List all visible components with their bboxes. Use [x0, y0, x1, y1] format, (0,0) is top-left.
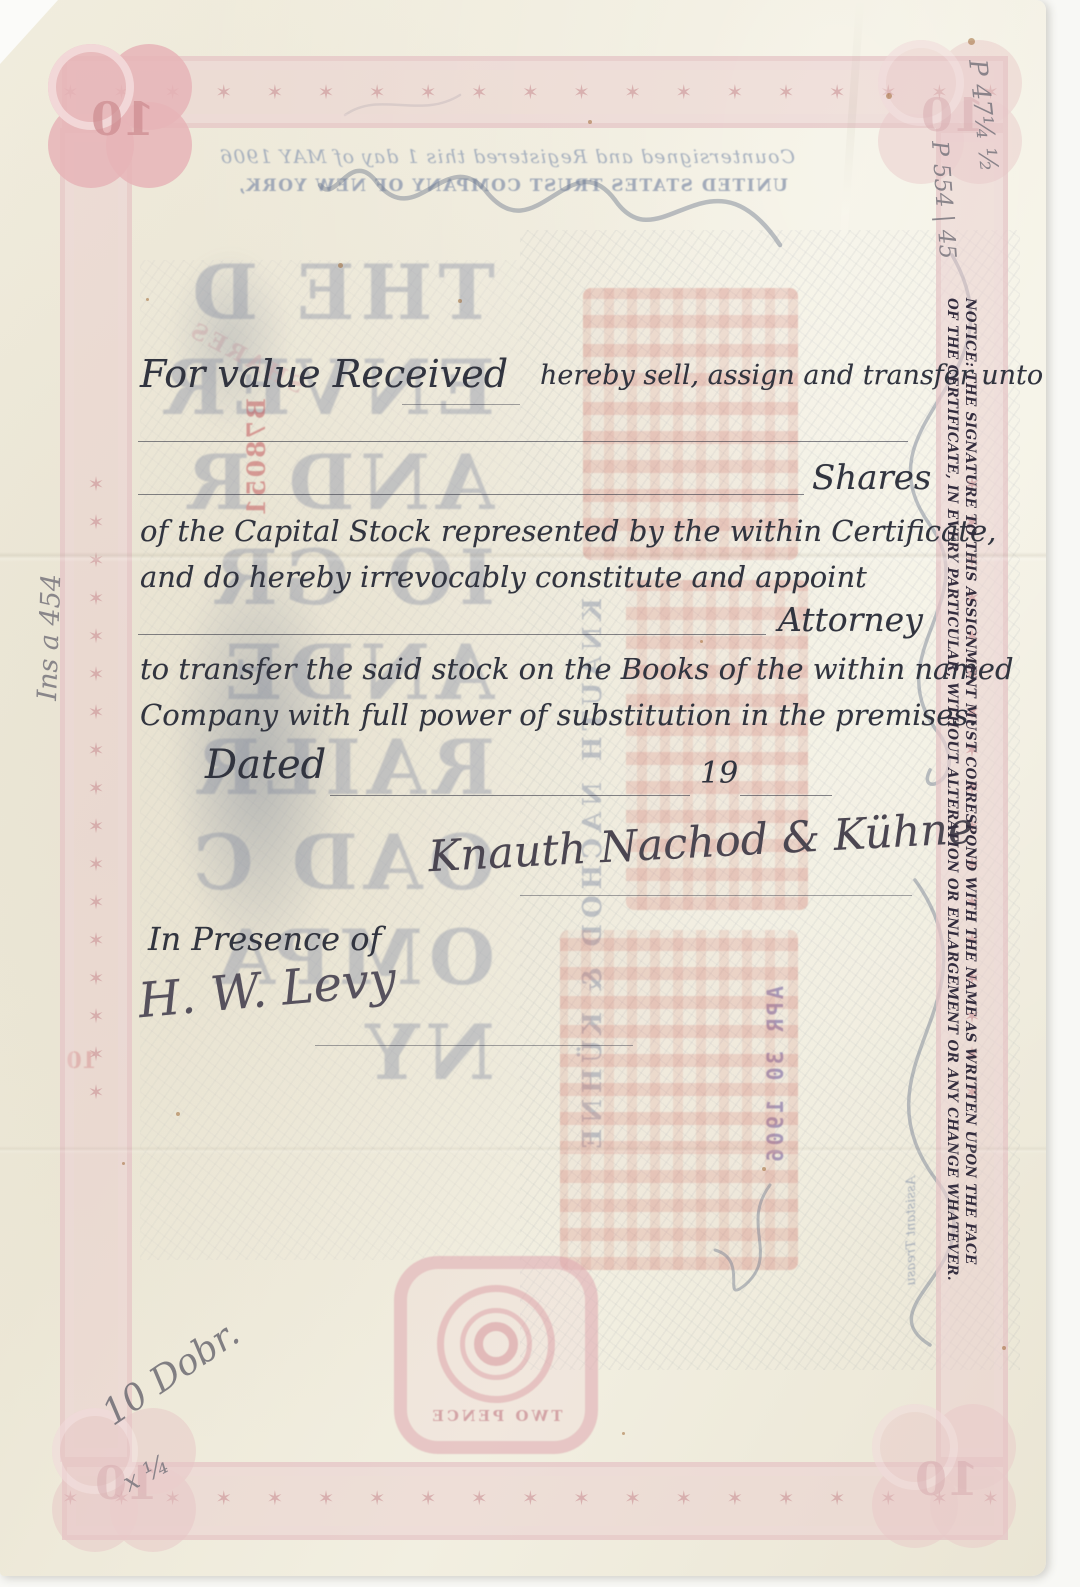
notice-line-2: OF THE CERTIFICATE, IN EVERY PARTICULAR,… [943, 298, 961, 1098]
signature-line [520, 895, 912, 896]
corner-medallion-bottom-right: 10 [872, 1404, 958, 1490]
form-premises-line: Company with full power of substitution … [140, 698, 978, 732]
form-transfer-line: to transfer the said stock on the Books … [140, 652, 1014, 686]
form-dated-label: Dated [205, 742, 326, 788]
foxing-spot [176, 1112, 180, 1116]
corner-numeral: 10 [872, 1404, 1022, 1554]
witness-line [315, 1045, 633, 1046]
foxing-spot [886, 93, 892, 99]
foxing-spot [458, 299, 462, 303]
blank-assignee-line [138, 441, 908, 442]
corner-numeral: 10 [48, 44, 198, 194]
form-capital-stock-line: of the Capital Stock represented by the … [140, 514, 996, 548]
form-attorney-label: Attorney [778, 600, 923, 639]
star-border-left: ✶✶✶✶✶✶✶✶✶✶✶✶✶✶✶✶✶ [60, 128, 132, 1462]
pencil-annotation-left: Ins a 454 [32, 573, 67, 701]
foxing-spot [1002, 1346, 1006, 1350]
corner-medallion-top-left: 10 [48, 44, 134, 130]
form-value-received: For value Received [140, 352, 508, 396]
fold-crease [0, 1146, 1046, 1154]
blank-name-line [402, 404, 520, 405]
star-border-bottom: ✶ ✶ ✶ ✶ ✶ ✶ ✶ ✶ ✶ ✶ ✶ ✶ ✶ ✶ ✶ ✶ ✶ ✶ ✶ ✶ … [62, 1462, 1008, 1540]
foxing-spot [622, 1432, 625, 1435]
blank-shares-line [138, 494, 804, 495]
foxing-spot [588, 120, 592, 124]
foxing-spot [968, 38, 975, 45]
blank-attorney-line [138, 634, 766, 635]
notice-line-1: NOTICE: THE SIGNATURE TO THIS ASSIGNMENT… [961, 298, 979, 1098]
foxing-spot [122, 1162, 125, 1165]
foxing-spot [338, 263, 343, 268]
form-shares-label: Shares [812, 458, 931, 498]
foxing-spot [146, 298, 149, 301]
dated-blank-line [330, 795, 690, 796]
foxing-spot [700, 640, 703, 643]
year-blank-line [740, 795, 832, 796]
paper-sheet [0, 0, 1046, 1576]
foxing-spot [762, 1167, 766, 1171]
corner-medallion-top-right: 10 [878, 40, 964, 126]
form-witness-label: In Presence of [148, 920, 381, 958]
certificate-back: { "page": { "corner_numeral": "10" }, "f… [0, 0, 1080, 1587]
fold-crease [0, 552, 1046, 562]
transfer-notice: NOTICE: THE SIGNATURE TO THIS ASSIGNMENT… [943, 298, 978, 1098]
star-border-top: ✶ ✶ ✶ ✶ ✶ ✶ ✶ ✶ ✶ ✶ ✶ ✶ ✶ ✶ ✶ ✶ ✶ ✶ ✶ ✶ … [62, 56, 1008, 128]
form-year-prefix: 19 [700, 756, 738, 791]
form-constitute-line: and do hereby irrevocably constitute and… [140, 560, 867, 594]
